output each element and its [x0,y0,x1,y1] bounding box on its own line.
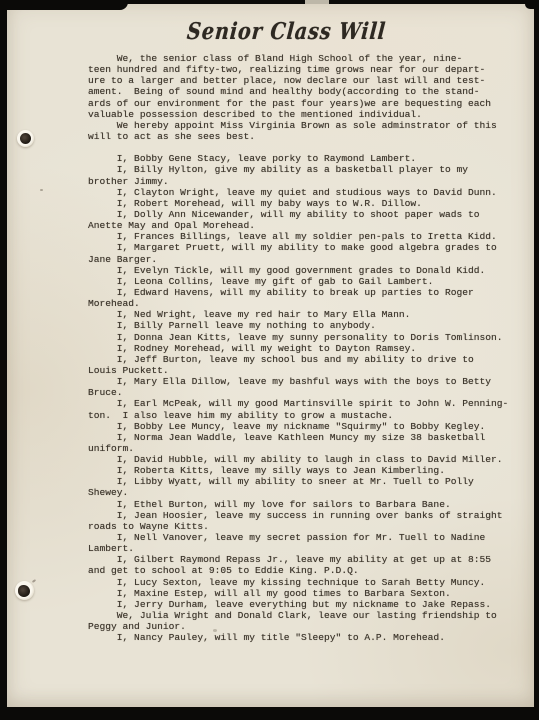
text-line: I, Robert Morehead, will my baby ways to… [88,198,528,209]
text-line: Morehead. [88,298,528,309]
text-line: I, Billy Hylton, give my ability as a ba… [88,164,528,175]
text-line: ure to a larger and better place, now de… [88,75,528,86]
text-line [88,142,528,153]
hole-punch-hole [18,585,30,597]
text-line: ament. Being of sound mind and healthy b… [88,86,528,97]
text-line: I, Clayton Wright, leave my quiet and st… [88,187,528,198]
text-line: Shewey. [88,487,528,498]
text-line: I, Maxine Estep, will all my good times … [88,588,528,599]
ink-speck [40,189,43,191]
text-line: I, Dolly Ann Nicewander, will my ability… [88,209,528,220]
scanned-page-frame: Senior Class Will We, the senior class o… [0,0,539,720]
text-line: I, Rodney Morehead, will my weight to Da… [88,343,528,354]
text-line: brother Jimmy. [88,176,528,187]
text-line: Lambert. [88,543,528,554]
page-title: Senior Class Will [64,18,509,45]
hole-punch-bottom [15,581,34,600]
text-line: We, Julia Wright and Donald Clark, leave… [88,610,528,621]
text-line: Louis Puckett. [88,365,528,376]
text-line: I, Jeff Burton, leave my school bus and … [88,354,528,365]
scan-shadow-top-right [525,0,539,9]
text-line: I, David Hubble, will my ability to laug… [88,454,528,465]
text-line: I, Libby Wyatt, will my ability to sneer… [88,476,528,487]
text-line: I, Margaret Pruett, will my ability to m… [88,242,528,253]
text-line: I, Bobby Lee Muncy, leave my nickname "S… [88,421,528,432]
text-line: Anette May and Opal Morehead. [88,220,528,231]
text-line: I, Billy Parnell leave my nothing to any… [88,320,528,331]
text-line: Bruce. [88,387,528,398]
text-line: We hereby appoint Miss Virginia Brown as… [88,120,528,131]
text-line: I, Ned Wright, leave my red hair to Mary… [88,309,528,320]
text-line: I, Gilbert Raymond Repass Jr., leave my … [88,554,528,565]
text-line: I, Nancy Pauley, will my title "Sleepy" … [88,632,528,643]
text-line: I, Lucy Sexton, leave my kissing techniq… [88,577,528,588]
paper-edge-notch [305,0,329,4]
text-line: valuable possession described to the men… [88,109,528,120]
text-line: Peggy and Junior. [88,621,528,632]
text-line: I, Nell Vanover, leave my secret passion… [88,532,528,543]
text-line: I, Ethel Burton, will my love for sailor… [88,499,528,510]
text-line: Jane Barger. [88,254,528,265]
ink-speck [32,579,36,583]
text-line: We, the senior class of Bland High Schoo… [88,53,528,64]
text-line: I, Bobby Gene Stacy, leave porky to Raym… [88,153,528,164]
text-line: will to act as she sees best. [88,131,528,142]
document-body: We, the senior class of Bland High Schoo… [88,53,528,643]
text-line: uniform. [88,443,528,454]
paper: Senior Class Will We, the senior class o… [7,4,534,707]
ink-speck [213,629,217,632]
text-line: roads to Wayne Kitts. [88,521,528,532]
text-line: and get to school at 9:05 to Eddie King.… [88,565,528,576]
text-line: teen hundred and fifty-two, realizing ti… [88,64,528,75]
text-line: I, Earl McPeak, will my good Martinsvill… [88,398,528,409]
text-line: I, Jerry Durham, leave everything but my… [88,599,528,610]
scan-shadow-top-left [0,0,128,10]
text-line: ards of our environment for the past fou… [88,98,528,109]
text-line: I, Leona Collins, leave my gift of gab t… [88,276,528,287]
text-line: I, Edward Havens, will my ability to bre… [88,287,528,298]
text-line: I, Donna Jean Kitts, leave my sunny pers… [88,332,528,343]
text-line: I, Mary Ella Dillow, leave my bashful wa… [88,376,528,387]
text-line: I, Norma Jean Waddle, leave Kathleen Mun… [88,432,528,443]
text-line: I, Frances Billings, leave all my soldie… [88,231,528,242]
hole-punch-top [17,130,34,147]
hole-punch-hole [20,133,31,144]
text-line: ton. I also leave him my ability to grow… [88,410,528,421]
text-line: I, Evelyn Tickle, will my good governmen… [88,265,528,276]
text-line: I, Roberta Kitts, leave my silly ways to… [88,465,528,476]
text-line: I, Jean Hoosier, leave my success in run… [88,510,528,521]
